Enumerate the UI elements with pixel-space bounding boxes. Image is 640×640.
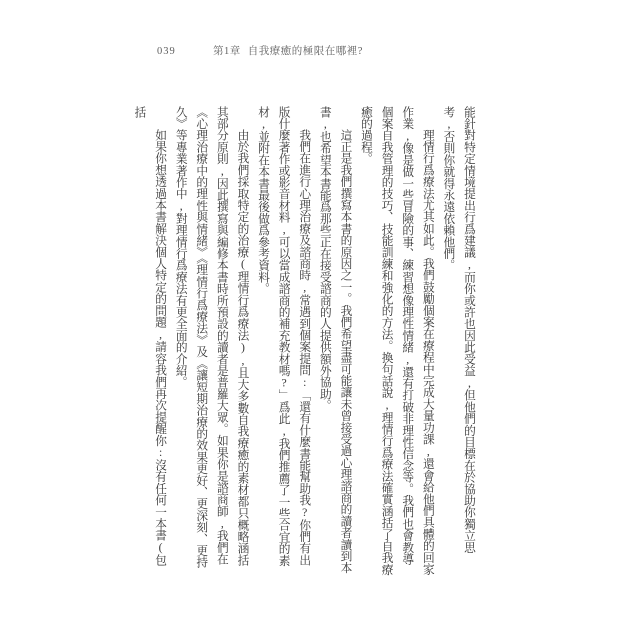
chapter-title: 自我療癒的極限在哪裡? [248, 43, 363, 58]
paragraph: 由於我們採取特定的治療(理情行爲療法),且大多數自我療癒的素材都只概略涵括其部分… [170, 106, 252, 576]
paragraph: 理情行爲療法尤其如此。我們鼓勵個案在療程中完成大量功課,還會給他們具體的回家作業… [355, 106, 437, 576]
paragraph: 這正是我們撰寫本書的原因之一。我們希望盡可能讓未曾接受過心理諮商的讀者讀到本書,… [314, 106, 355, 576]
page-number: 039 [157, 46, 213, 57]
running-head: 039 第1章 自我療癒的極限在哪裡? [157, 43, 363, 58]
paragraph: 如果你想透過本書解決個人特定的問題,請容我們再次提醒你:沒有任何一本書(包括 [129, 106, 170, 576]
paragraph: 能針對特定情境提出行爲建議,而你或許也因此受益,但他們的目標在於協助你獨立思考,… [438, 106, 479, 576]
book-page: 039 第1章 自我療癒的極限在哪裡? 能針對特定情境提出行爲建議,而你或許也因… [0, 0, 640, 640]
chapter-label: 第1章 [213, 43, 241, 58]
paragraph: 我們在進行心理治療及諮商時,常遇到個案提問:「還有什麼書能幫助我?你們有出版什麼… [252, 106, 314, 576]
body-text: 能針對特定情境提出行爲建議,而你或許也因此受益,但他們的目標在於協助你獨立思考,… [149, 106, 479, 576]
